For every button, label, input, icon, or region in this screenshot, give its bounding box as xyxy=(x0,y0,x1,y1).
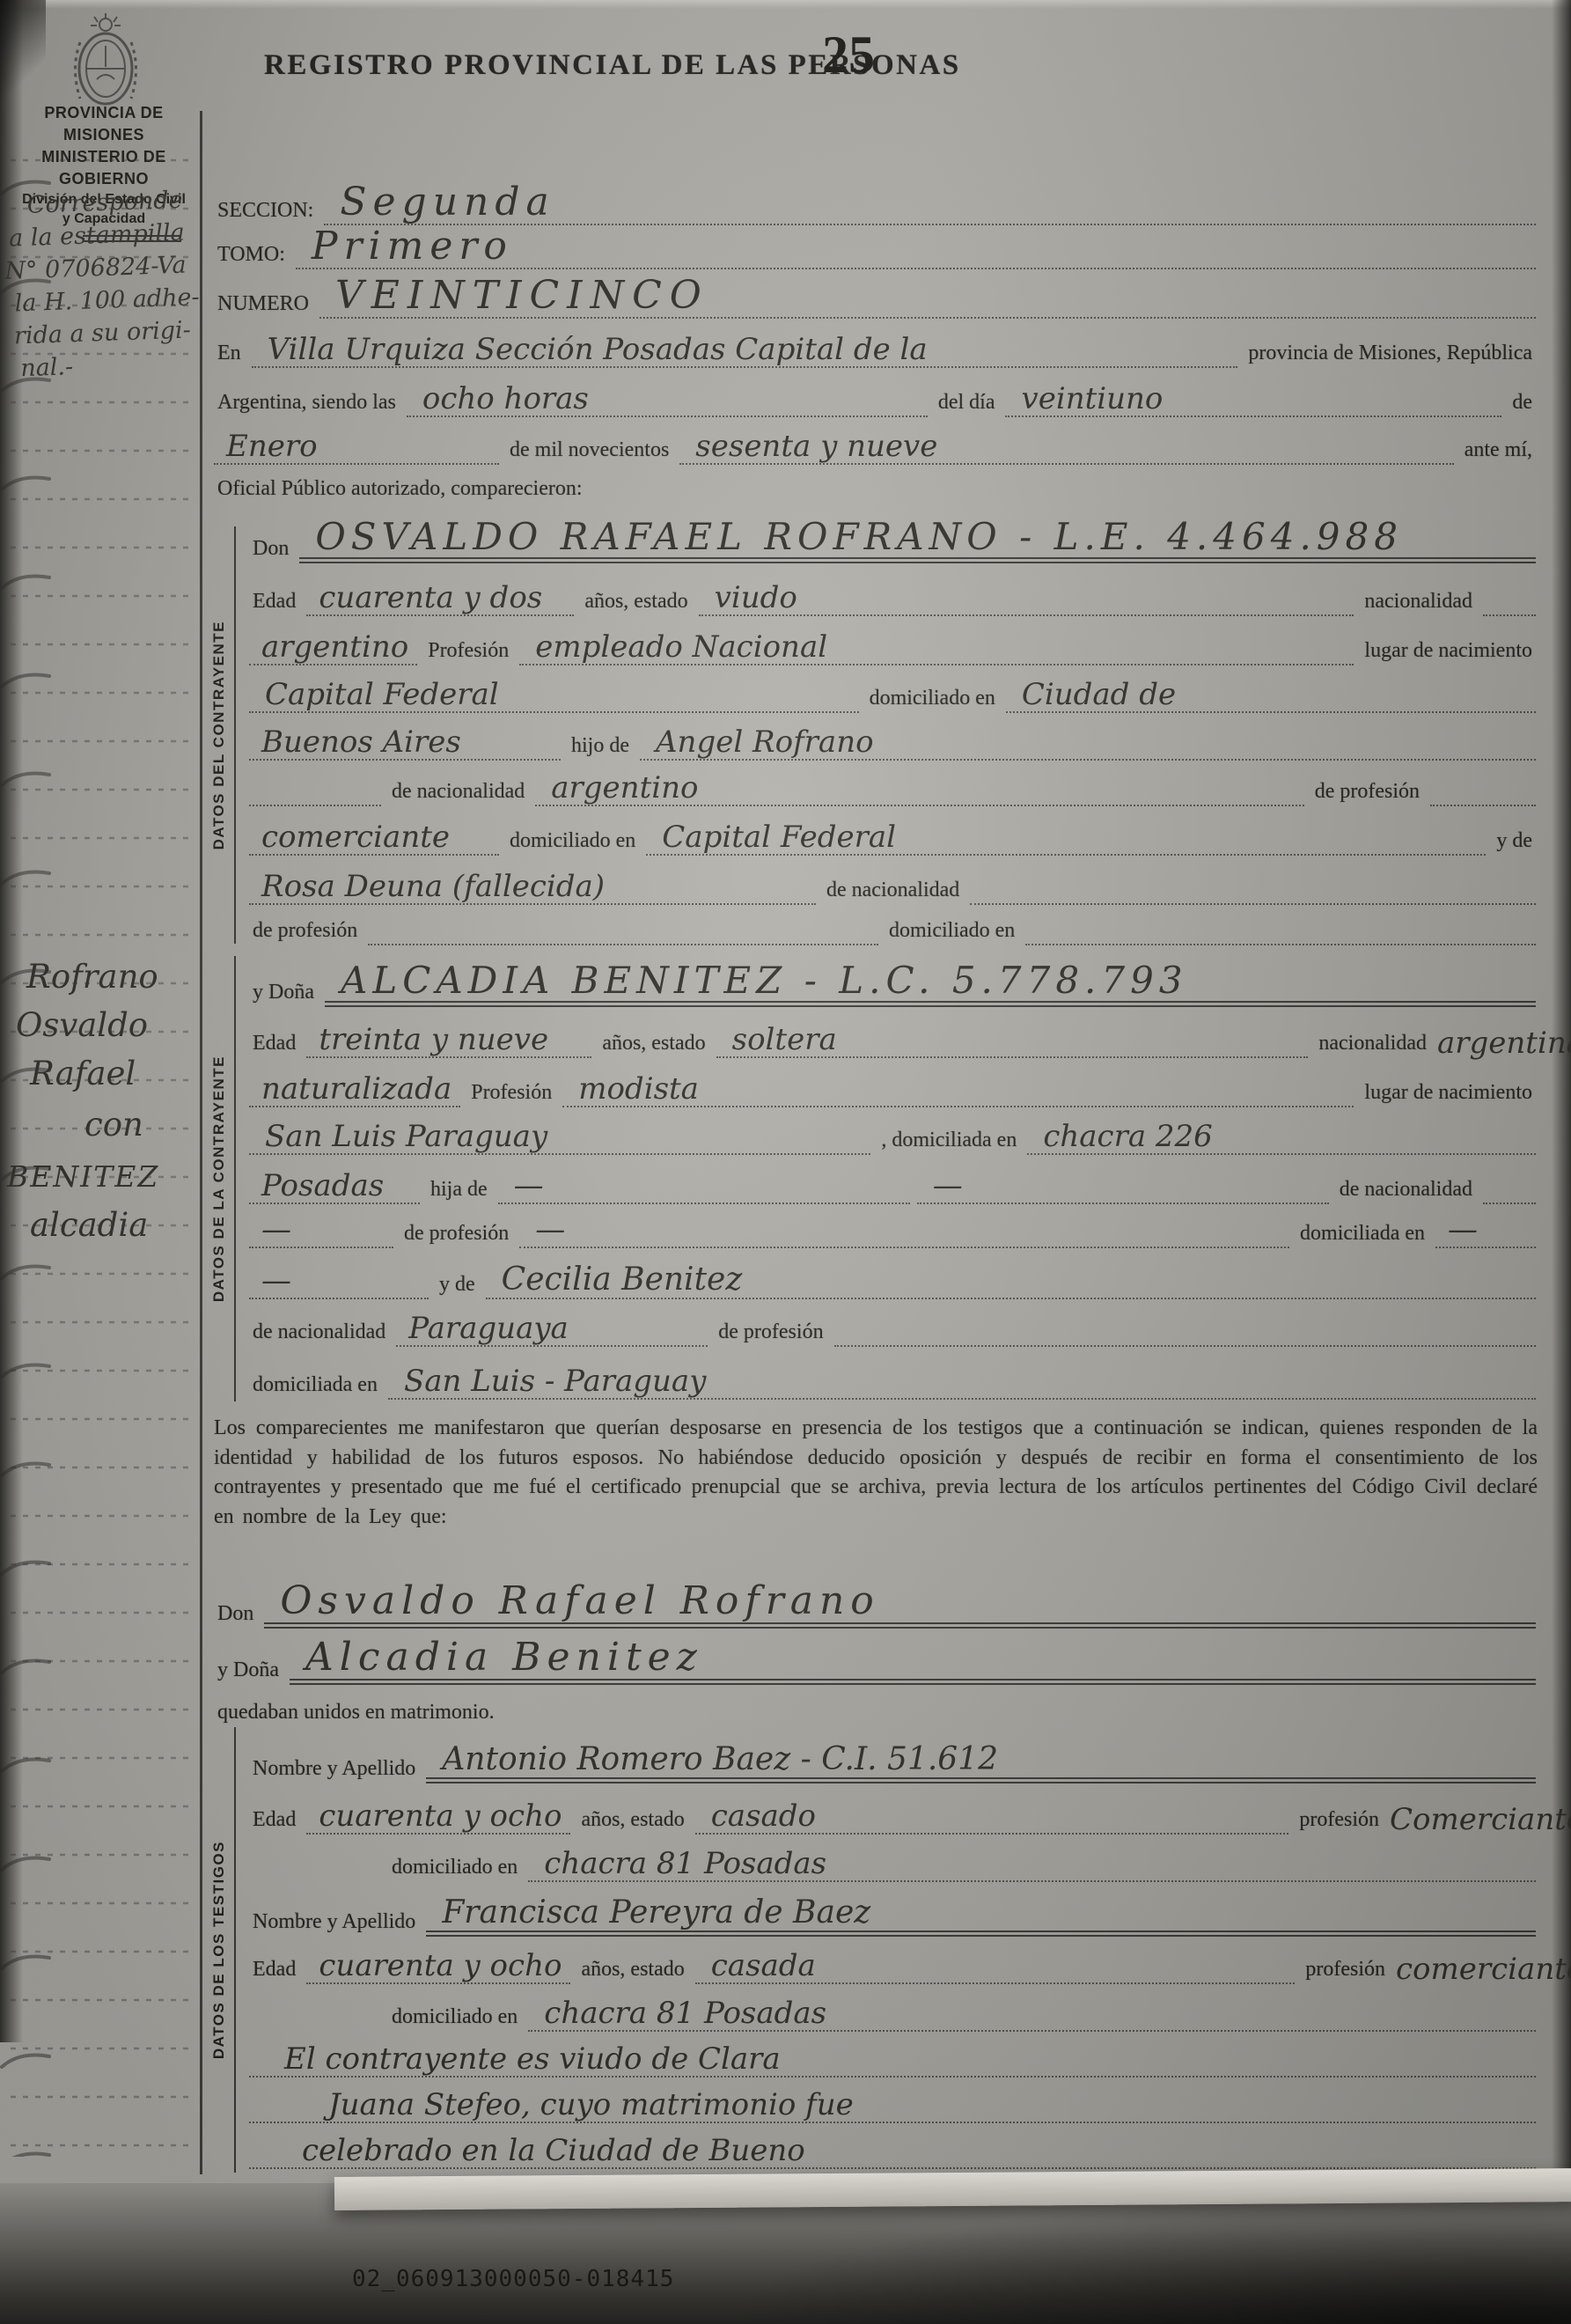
nombre-apellido-label: Nombre y Apellido xyxy=(249,1910,419,1937)
marginal-note-row: celebrado en la Ciudad de Bueno xyxy=(249,2123,1536,2169)
nacimiento-label: lugar de nacimiento xyxy=(1361,1081,1536,1107)
groom-madre-value: Rosa Deuna (fallecida) xyxy=(249,871,816,905)
y-de-label: y de xyxy=(436,1273,479,1299)
dotted-blank xyxy=(1483,1202,1536,1204)
witness1-age-row: Edad cuarenta y ocho años, estado casado… xyxy=(249,1789,1536,1835)
bride-domicilio-value2: Posadas xyxy=(249,1171,420,1204)
bride-padre-dash: — xyxy=(498,1171,910,1204)
tomo-row: TOMO: Primero xyxy=(214,225,1536,269)
groom-profesion-value: empleado Nacional xyxy=(519,632,1354,666)
note-line1: El contrayente es viudo de Clara xyxy=(249,2044,1536,2078)
bride-domicile-row: Posadas hija de — — de nacionalidad xyxy=(249,1158,1536,1204)
groom-domicilio-value1: Ciudad de xyxy=(1006,680,1536,713)
profesion-label: Profesión xyxy=(467,1081,555,1107)
profesion-label: profesión xyxy=(1296,1808,1383,1835)
bride-padre-dash: — xyxy=(917,1171,1329,1204)
form-left-rule xyxy=(200,111,202,2174)
month-value: Enero xyxy=(214,431,499,465)
padre-prof-label: de profesión xyxy=(1311,780,1423,806)
groom-estado-value: viudo xyxy=(699,583,1354,616)
groom-father-prof-row: comerciante domiciliado en Capital Feder… xyxy=(249,812,1536,856)
marginal-note-row: El contrayente es viudo de Clara xyxy=(249,2032,1536,2078)
section-strip-witnesses: DATOS DE LOS TESTIGOS xyxy=(204,1727,236,2173)
witness2-edad: cuarenta y ocho xyxy=(306,1951,570,1984)
page-top-edge xyxy=(0,0,1571,9)
estado-label: años, estado xyxy=(577,1958,687,1984)
madre-prof-label: de profesión xyxy=(249,919,361,945)
bride-nacionalidad-value: argentina xyxy=(1437,1028,1571,1058)
section-label-groom: DATOS DEL CONTRAYENTE xyxy=(210,621,228,849)
section-strip-bride: DATOS DE LA CONTRAYENTE xyxy=(204,956,236,1401)
witness2-estado: casada xyxy=(695,1951,1296,1984)
witness1-domicilio: chacra 81 Posadas xyxy=(528,1849,1536,1882)
bride-nacimiento-value: San Luis Paraguay xyxy=(249,1122,870,1155)
witness1-name-row: Nombre y Apellido Antonio Romero Baez - … xyxy=(249,1731,1536,1783)
groom-padre-nac-value: argentino xyxy=(535,773,1303,806)
union-row: quedaban unidos en matrimonio. xyxy=(214,1695,1536,1727)
bride-mother-nat-row: de nacionalidad Paraguaya de profesión xyxy=(249,1305,1536,1347)
page-right-shadow xyxy=(1552,0,1571,2183)
dotted-blank xyxy=(368,944,878,945)
y-dona-label: y Doña xyxy=(214,1658,283,1685)
groom-nacimiento-value: Capital Federal xyxy=(249,680,859,713)
bride-edad-value: treinta y nueve xyxy=(306,1025,591,1058)
groom-birthplace-row: Capital Federal domiciliado en Ciudad de xyxy=(249,667,1536,713)
madre-prof-label: de profesión xyxy=(715,1320,826,1347)
estado-label: años, estado xyxy=(581,590,691,616)
madre-nac-label: de nacionalidad xyxy=(249,1320,389,1347)
ante-mi-label: ante mí, xyxy=(1461,438,1536,465)
section-label-bride: DATOS DE LA CONTRAYENTE xyxy=(210,1055,228,1302)
note-line2: Juana Stefeo, cuyo matrimonio fue xyxy=(249,2090,1536,2123)
bride-madre-dom-value: San Luis - Paraguay xyxy=(388,1366,1536,1400)
groom-mother-prof-row: de profesión domiciliado en xyxy=(249,908,1536,945)
official-label: Oficial Público autorizado, compareciero… xyxy=(214,477,586,504)
witness1-estado: casado xyxy=(695,1801,1289,1835)
index-name-line: alcadia xyxy=(4,1201,197,1249)
groom-edad-value: cuarenta y dos xyxy=(306,583,574,616)
domicilio-label: domiciliado en xyxy=(388,2005,521,2032)
witness1-domicile-row: domiciliado en chacra 81 Posadas xyxy=(249,1836,1536,1882)
y-de-label: y de xyxy=(1493,829,1536,856)
domiciliada-label: , domiciliada en xyxy=(877,1129,1020,1155)
en-label: En xyxy=(214,342,245,368)
bottom-right-shadow xyxy=(735,2192,1571,2324)
union-label: quedaban unidos en matrimonio. xyxy=(214,1701,498,1727)
hour-value: ocho horas xyxy=(407,384,928,417)
bride-madre-nac-value: Paraguaya xyxy=(396,1313,708,1347)
bride-dom-dash: — xyxy=(1435,1215,1536,1248)
seccion-value: Segunda xyxy=(324,183,1536,225)
bride-naturalized-row: naturalizada Profesión modista lugar de … xyxy=(249,1062,1536,1107)
declared-bride-row: y Doña Alcadia Benitez xyxy=(214,1630,1536,1685)
declared-groom-row: Don Osvaldo Rafael Rofrano xyxy=(214,1572,1536,1629)
coat-of-arms-icon xyxy=(62,11,150,114)
section-strip-groom: DATOS DEL CONTRAYENTE xyxy=(204,526,236,944)
hijo-de-label: hijo de xyxy=(568,734,633,761)
bride-name-row: y Doña ALCADIA BENITEZ - L.C. 5.778.793 xyxy=(249,949,1536,1007)
section-label-witnesses: DATOS DE LOS TESTIGOS xyxy=(210,1841,228,2059)
bride-birthplace-row: San Luis Paraguay , domiciliada en chacr… xyxy=(249,1109,1536,1155)
profesion-label: Profesión xyxy=(424,639,512,666)
madre-dom-label: domiciliado en xyxy=(885,919,1018,945)
groom-nacionalidad-value: argentino xyxy=(249,632,417,666)
bride-father-prof-row: — de profesión — domiciliada en — xyxy=(249,1208,1536,1248)
dotted-blank xyxy=(834,1345,1536,1347)
declaration-paragraph: Los comparecientes me manifestaron que q… xyxy=(214,1414,1538,1532)
day-label: del día xyxy=(935,391,999,417)
witness1-profesion: Comerciante xyxy=(1390,1805,1571,1835)
edad-label: Edad xyxy=(249,1958,299,1984)
groom-age-row: Edad cuarenta y dos años, estado viudo n… xyxy=(249,570,1536,616)
groom-nationality-row: argentino Profesión empleado Nacional lu… xyxy=(249,620,1536,666)
groom-name-value: OSVALDO RAFAEL ROFRANO - L.E. 4.464.988 xyxy=(299,518,1536,563)
tomo-label: TOMO: xyxy=(214,243,289,269)
place-row: En Villa Urquiza Sección Posadas Capital… xyxy=(214,319,1536,368)
declared-groom-name: Osvaldo Rafael Rofrano xyxy=(264,1582,1536,1629)
madre-nac-label: de nacionalidad xyxy=(823,879,963,905)
witness1-edad: cuarenta y ocho xyxy=(306,1801,570,1835)
prof-label: de profesión xyxy=(400,1222,512,1248)
century-label: de mil novecientos xyxy=(506,438,672,465)
month-year-row: Enero de mil novecientos sesenta y nueve… xyxy=(214,419,1536,465)
witness1-name: Antonio Romero Baez - C.I. 51.612 xyxy=(426,1744,1536,1783)
scanned-register-page: REGISTRO PROVINCIAL DE LAS PERSONAS 25 P… xyxy=(0,0,1571,2324)
tomo-value: Primero xyxy=(296,227,1536,269)
witness2-name-row: Nombre y Apellido Francisca Pereyra de B… xyxy=(249,1884,1536,1937)
numero-label: NUMERO xyxy=(214,292,312,319)
bride-domicilio-value: chacra 226 xyxy=(1027,1122,1536,1155)
page-number: 25 xyxy=(822,25,875,85)
bride-mother-row: — y de Cecilia Benitez xyxy=(249,1254,1536,1299)
declared-bride-name: Alcadia Benitez xyxy=(290,1638,1536,1685)
domicilio-label: domiciliado en xyxy=(388,1856,521,1882)
nacionalidad-label: nacionalidad xyxy=(1315,1032,1430,1058)
de-label: de xyxy=(1509,391,1536,417)
hija-de-label: hija de xyxy=(427,1178,491,1204)
seccion-label: SECCION: xyxy=(214,199,317,225)
madre-dom-label: domiciliada en xyxy=(249,1373,381,1400)
bride-prof-dash: — xyxy=(519,1215,1289,1248)
groom-mother-row: Rosa Deuna (fallecida) de nacionalidad xyxy=(249,859,1536,905)
witness2-age-row: Edad cuarenta y ocho años, estado casada… xyxy=(249,1938,1536,1984)
bride-naturalizada-value: naturalizada xyxy=(249,1074,460,1107)
dotted-blank xyxy=(1483,614,1536,616)
padre-dom-label: domiciliado en xyxy=(506,829,639,856)
catalog-number: 02_060913000050-018415 xyxy=(352,2266,674,2292)
bride-nac-dash: — xyxy=(249,1215,393,1248)
witness2-name: Francisca Pereyra de Baez xyxy=(426,1897,1536,1937)
bride-profesion-value: modista xyxy=(562,1074,1354,1107)
don-label: Don xyxy=(214,1602,257,1629)
paper-page: REGISTRO PROVINCIAL DE LAS PERSONAS 25 P… xyxy=(0,0,1571,2183)
place-value: Villa Urquiza Sección Posadas Capital de… xyxy=(252,335,1238,368)
groom-padre-value: Angel Rofrano xyxy=(640,727,1536,761)
year-value: sesenta y nueve xyxy=(679,431,1453,465)
witness2-domicile-row: domiciliado en chacra 81 Posadas xyxy=(249,1986,1536,2032)
dom-label: domiciliada en xyxy=(1296,1222,1428,1248)
numero-value: VEINTICINCO xyxy=(319,276,1536,319)
official-row: Oficial Público autorizado, compareciero… xyxy=(214,470,1536,504)
groom-domicilio-value2: Buenos Aires xyxy=(249,727,561,761)
book-edge-background: 02_060913000050-018415 xyxy=(0,2183,1571,2324)
edad-label: Edad xyxy=(249,1808,299,1835)
profesion-label: profesión xyxy=(1302,1958,1389,1984)
province-label: provincia de Misiones, República xyxy=(1244,342,1536,368)
index-name-line: BENITEZ xyxy=(4,1152,197,1201)
domicilio-label: domiciliado en xyxy=(866,687,999,713)
bride-name-value: ALCADIA BENITEZ - L.C. 5.778.793 xyxy=(325,962,1536,1007)
groom-padre-dom-value: Capital Federal xyxy=(646,822,1486,856)
marginal-note-row: Juana Stefeo, cuyo matrimonio fue xyxy=(249,2078,1536,2123)
estado-label: años, estado xyxy=(598,1032,708,1058)
margin-index-names: Rofrano Osvaldo Rafael con BENITEZ alcad… xyxy=(4,952,197,1249)
day-value: veintiuno xyxy=(1005,384,1501,417)
hour-day-row: Argentina, siendo las ocho horas del día… xyxy=(214,371,1536,417)
numero-row: NUMERO VEINTICINCO xyxy=(214,269,1536,319)
groom-father-nat-row: de nacionalidad argentino de profesión xyxy=(249,764,1536,806)
bride-age-row: Edad treinta y nueve años, estado solter… xyxy=(249,1012,1536,1058)
bride-dash: — xyxy=(249,1266,429,1299)
bride-estado-value: soltera xyxy=(716,1025,1309,1058)
index-name-line: Rafael xyxy=(4,1049,197,1098)
argentina-label: Argentina, siendo las xyxy=(214,391,400,417)
bride-mother-dom-row: domiciliada en San Luis - Paraguay xyxy=(249,1354,1536,1400)
bride-madre-value: Cecilia Benitez xyxy=(486,1264,1536,1299)
don-label: Don xyxy=(249,537,292,563)
dotted-blank xyxy=(1430,805,1536,806)
index-name-line: Rofrano xyxy=(4,952,197,1001)
nacionalidad-label: nacionalidad xyxy=(1361,590,1476,616)
nombre-apellido-label: Nombre y Apellido xyxy=(249,1757,419,1783)
dotted-blank xyxy=(1025,944,1536,945)
estado-label: años, estado xyxy=(577,1808,687,1835)
groom-padre-prof-value: comerciante xyxy=(249,822,499,856)
nac-label: de nacionalidad xyxy=(1336,1178,1476,1204)
padre-nac-label: de nacionalidad xyxy=(388,780,528,806)
groom-domicile-row: Buenos Aires hijo de Angel Rofrano xyxy=(249,715,1536,761)
groom-name-row: Don OSVALDO RAFAEL ROFRANO - L.E. 4.464.… xyxy=(249,505,1536,563)
witness2-profesion: comerciante xyxy=(1396,1954,1571,1984)
edad-label: Edad xyxy=(249,1032,299,1058)
index-name-line: con xyxy=(4,1098,197,1152)
y-dona-label: y Doña xyxy=(249,981,318,1007)
dotted-blank xyxy=(970,903,1536,905)
note-line3: celebrado en la Ciudad de Bueno xyxy=(249,2136,1536,2169)
seccion-row: SECCION: Segunda xyxy=(214,176,1536,225)
dotted-blank xyxy=(249,805,381,806)
edad-label: Edad xyxy=(249,590,299,616)
nacimiento-label: lugar de nacimiento xyxy=(1361,639,1536,666)
index-name-line: Osvaldo xyxy=(4,1001,197,1049)
witness2-domicilio: chacra 81 Posadas xyxy=(528,1998,1536,2032)
